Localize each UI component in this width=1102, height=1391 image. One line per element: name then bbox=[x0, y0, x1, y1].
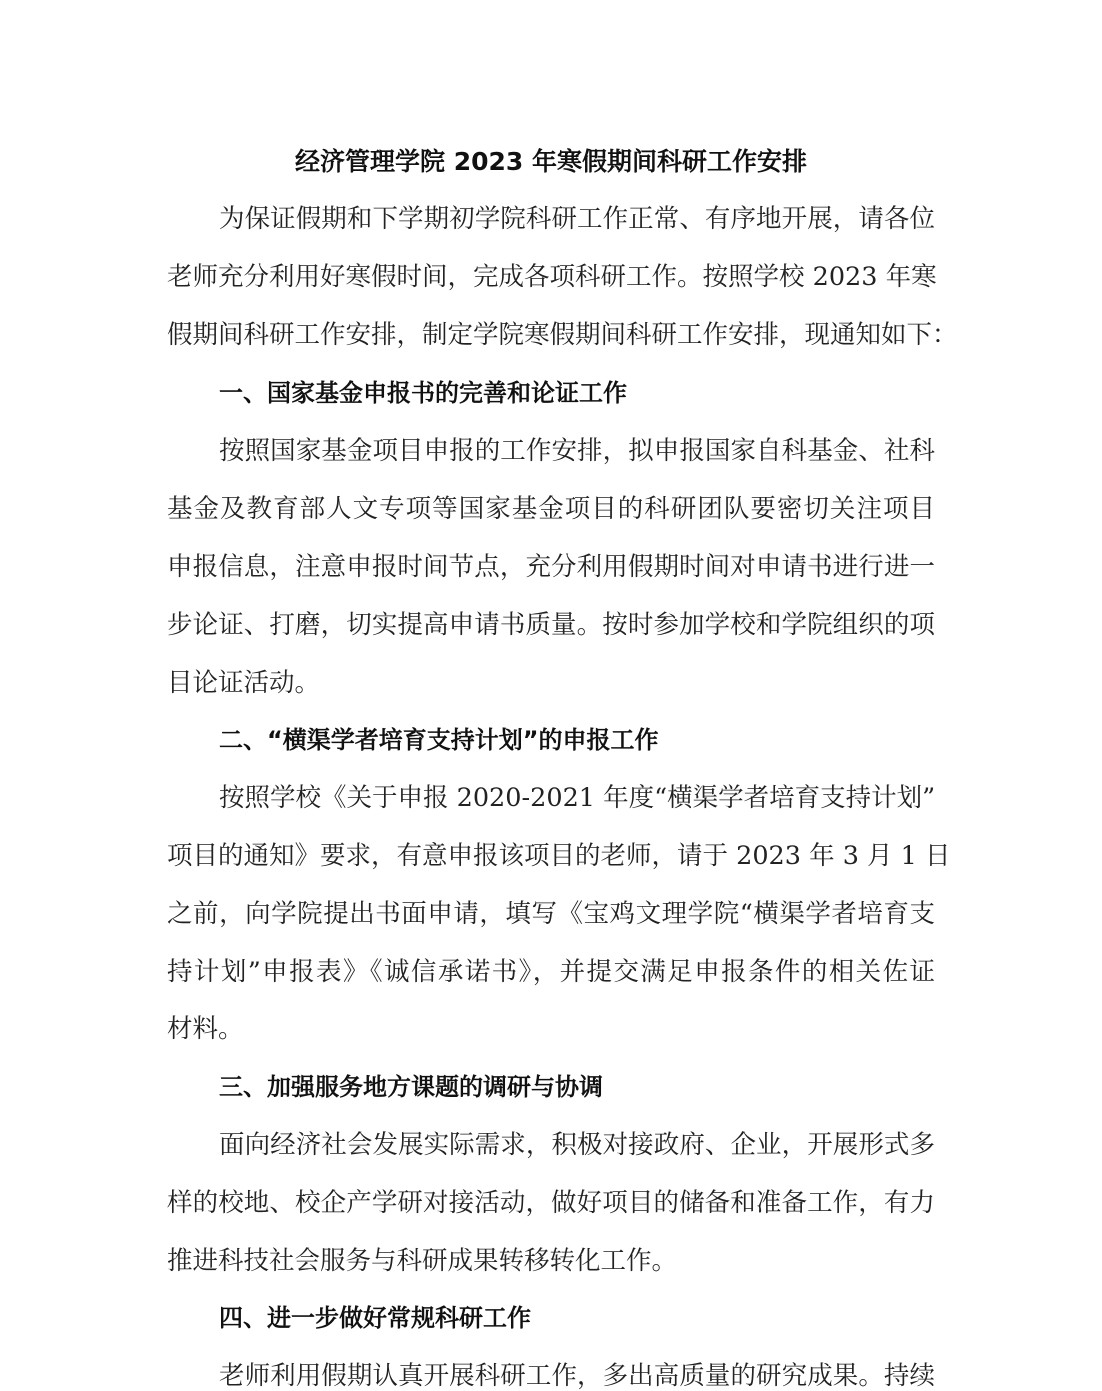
section-3-heading: 三、加强服务地方课题的调研与协调 bbox=[219, 1067, 603, 1107]
document-page: 经济管理学院 2023 年寒假期间科研工作安排 为保证假期和下学期初学院科研工作… bbox=[0, 0, 1102, 1391]
section-4-heading: 四、进一步做好常规科研工作 bbox=[219, 1298, 531, 1338]
section-2-line-4: 持计划”申报表》《诚信承诺书》，并提交满足申报条件的相关佐证 bbox=[167, 952, 935, 992]
section-1-line-2: 基金及教育部人文专项等国家基金项目的科研团队要密切关注项目 bbox=[167, 489, 935, 529]
document-title: 经济管理学院 2023 年寒假期间科研工作安排 bbox=[0, 142, 1102, 182]
section-2-line-5: 材料。 bbox=[167, 1009, 935, 1049]
intro-line-3: 假期间科研工作安排，制定学院寒假期间科研工作安排，现通知如下： bbox=[167, 315, 935, 355]
section-2-line-3: 之前，向学院提出书面申请，填写《宝鸡文理学院“横渠学者培育支 bbox=[167, 894, 935, 934]
section-2-line-2: 项目的通知》要求，有意申报该项目的老师，请于 2023 年 3 月 1 日 bbox=[167, 836, 935, 876]
section-1-line-3: 申报信息，注意申报时间节点，充分利用假期时间对申请书进行进一 bbox=[167, 547, 935, 587]
section-1-heading: 一、国家基金申报书的完善和论证工作 bbox=[219, 373, 627, 413]
section-1-line-5: 目论证活动。 bbox=[167, 663, 935, 703]
section-1-line-4: 步论证、打磨，切实提高申请书质量。按时参加学校和学院组织的项 bbox=[167, 605, 935, 645]
section-3-line-3: 推进科技社会服务与科研成果转移转化工作。 bbox=[167, 1241, 935, 1281]
section-4-line-1: 老师利用假期认真开展科研工作，多出高质量的研究成果。持续 bbox=[219, 1356, 935, 1391]
intro-line-2: 老师充分利用好寒假时间，完成各项科研工作。按照学校 2023 年寒 bbox=[167, 257, 935, 297]
section-2-heading: 二、“横渠学者培育支持计划”的申报工作 bbox=[219, 720, 659, 760]
intro-line-1: 为保证假期和下学期初学院科研工作正常、有序地开展，请各位 bbox=[219, 199, 935, 239]
section-2-line-1: 按照学校《关于申报 2020-2021 年度“横渠学者培育支持计划” bbox=[219, 778, 935, 818]
section-3-line-2: 样的校地、校企产学研对接活动，做好项目的储备和准备工作，有力 bbox=[167, 1183, 935, 1223]
section-3-line-1: 面向经济社会发展实际需求，积极对接政府、企业，开展形式多 bbox=[219, 1125, 935, 1165]
section-1-line-1: 按照国家基金项目申报的工作安排，拟申报国家自科基金、社科 bbox=[219, 431, 935, 471]
